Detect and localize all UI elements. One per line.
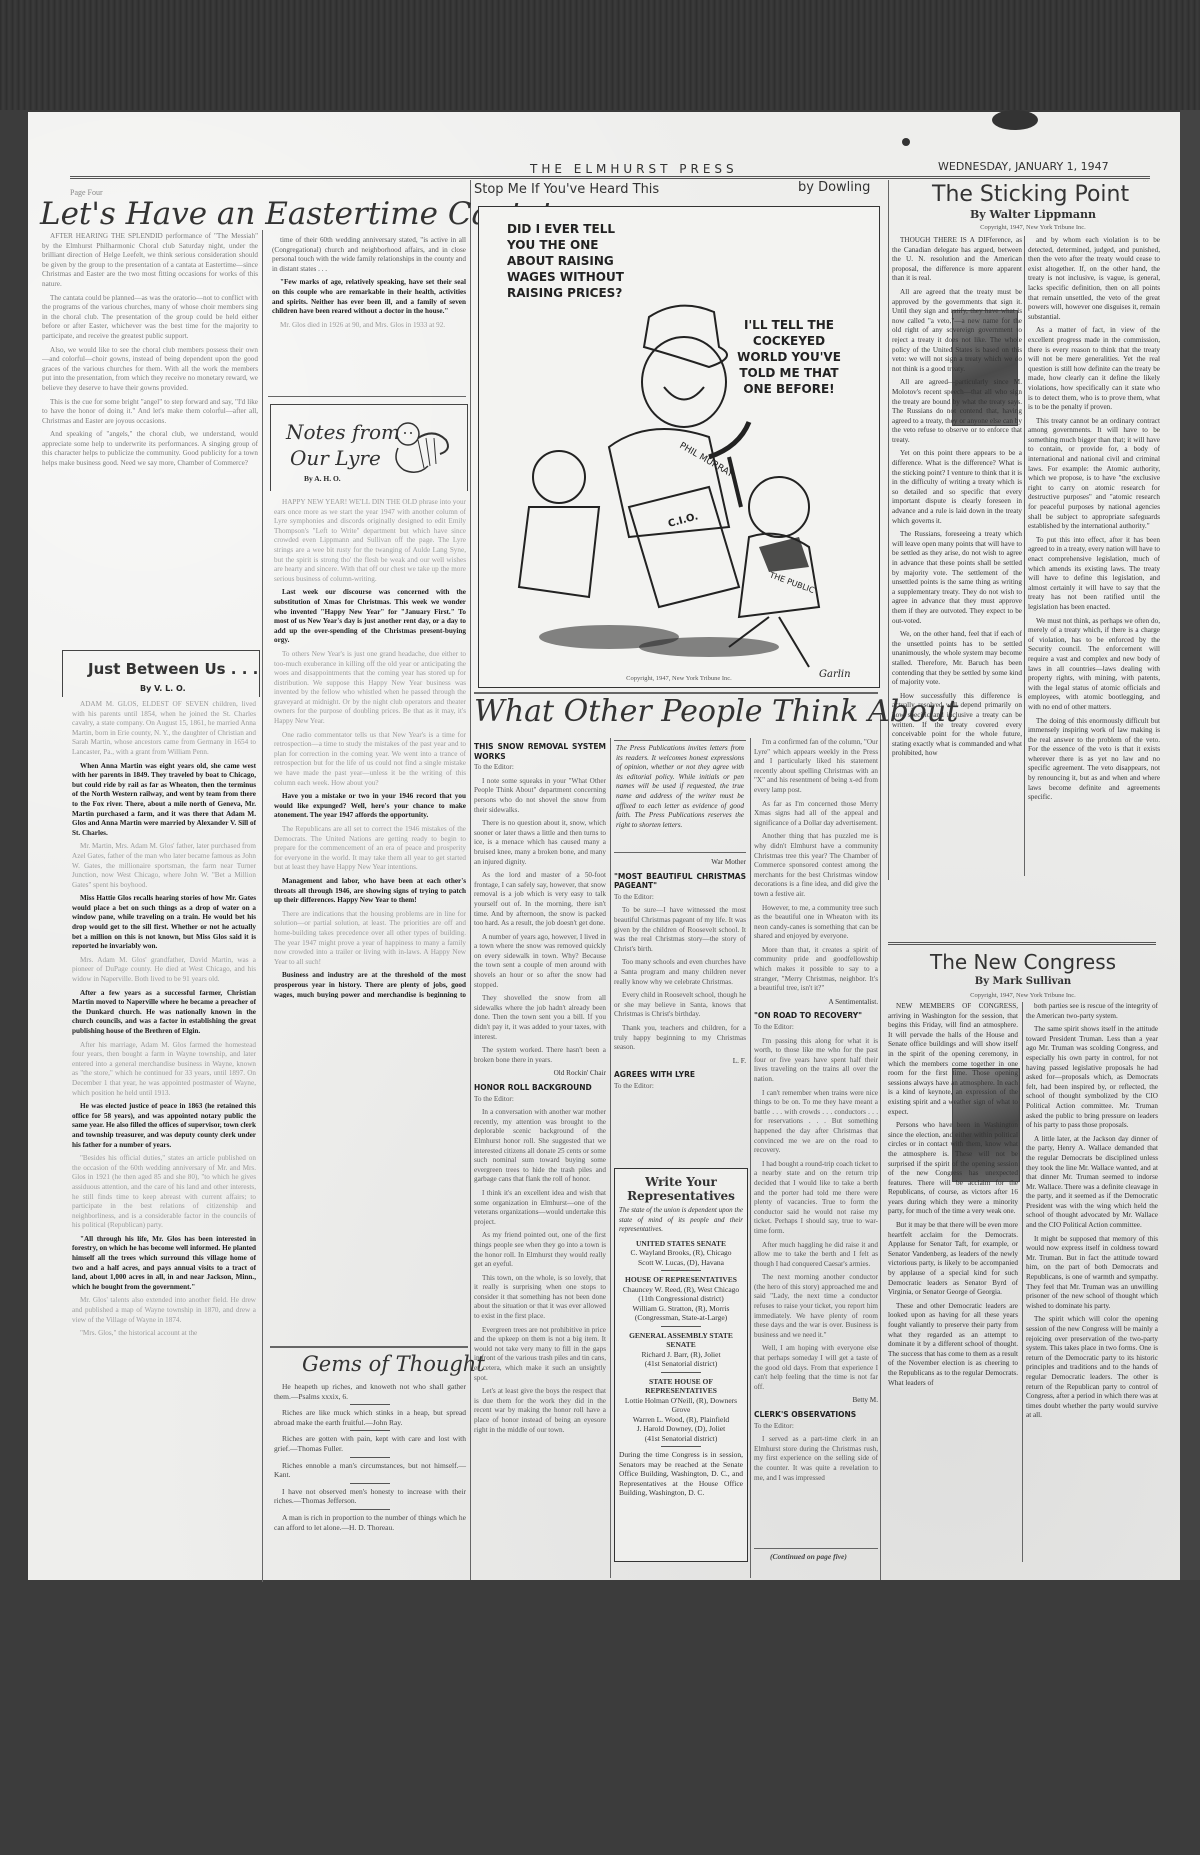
column-paragraph: How successfully this difference is actu… [892, 692, 1022, 759]
cartoon-drawing-icon: PHIL MURRAY C.I.O. THE PUBLIC Garlin [479, 207, 879, 687]
column-paragraph: Mrs. Adam M. Glos' grandfather, David Ma… [72, 956, 256, 985]
letter-salutation: To the Editor: [754, 1023, 878, 1033]
column-paragraph: "Besides his official duties," states an… [72, 1154, 256, 1231]
letter-paragraph: In a conversation with another war mothe… [474, 1108, 606, 1185]
column-paragraph: time of their 60th wedding anniversary s… [272, 236, 466, 274]
letter-paragraph: There is no question about it, snow, whi… [474, 819, 606, 867]
sticking-point-col2: and by whom each violation is to be dete… [1028, 236, 1160, 880]
column-paragraph: As a matter of fact, in view of the exce… [1028, 326, 1160, 412]
column-rule [262, 230, 263, 1582]
letter-signature: War Mother [614, 858, 746, 868]
column-paragraph: The Russians, foreseeing a treaty which … [892, 530, 1022, 626]
column-paragraph: Mr. Martin, Mrs. Adam M. Glos' father, l… [72, 842, 256, 890]
column-paragraph: This treaty cannot be an ordinary contra… [1028, 417, 1160, 532]
lyre-headline-line2: Our Lyre [290, 446, 381, 470]
column-paragraph: Mr. Glos' talents also extended into ano… [72, 1296, 256, 1325]
cartoon-copyright: Copyright, 1947, New York Tribune Inc. [479, 675, 879, 682]
editor-note: The Press Publications invites letters f… [616, 744, 744, 830]
column-paragraph: Have you a mistake or two in your 1946 r… [274, 792, 466, 821]
column-paragraph: HAPPY NEW YEAR! WE'LL DIN THE OLD phrase… [274, 498, 466, 584]
letter-paragraph: Well, I am hoping with everyone else tha… [754, 1344, 878, 1392]
section-divider [754, 1548, 878, 1549]
letter-paragraph: As far as I'm concerned those Merry Xmas… [754, 800, 878, 829]
editorial-paragraph: And speaking of "angels," the choral clu… [42, 430, 258, 468]
letter-title: "ON ROAD TO RECOVERY" [754, 1011, 878, 1021]
letter-paragraph: I note some squeaks in your "What Other … [474, 777, 606, 815]
letter-paragraph: Another thing that has puzzled me is why… [754, 832, 878, 899]
column-rule [880, 715, 881, 1580]
cherub-lyre-icon [388, 418, 458, 476]
letters-column-3: I'm a confirmed fan of the column, "Our … [754, 738, 878, 1538]
letter-paragraph: Every child in Roosevelt school, though … [614, 991, 746, 1020]
gem-quote: I have not observed men's honesty to inc… [274, 1487, 466, 1506]
rep-entry: C. Wayland Brooks, (R), Chicago [615, 1248, 747, 1258]
cartoon-title: Stop Me If You've Heard This [474, 182, 659, 197]
letter-paragraph: I'm a confirmed fan of the column, "Our … [754, 738, 878, 796]
letters-headline: What Other People Think About [474, 694, 958, 729]
rep-entry: (41st Senatorial district) [615, 1434, 747, 1444]
section-divider [270, 1346, 468, 1348]
letter-paragraph: I'm passing this along for what it is wo… [754, 1037, 878, 1085]
column-paragraph: Mr. Glos died in 1926 at 90, and Mrs. Gl… [272, 321, 466, 331]
rep-section-heading: UNITED STATES SENATE [615, 1239, 747, 1249]
letter-salutation: To the Editor: [614, 893, 746, 903]
letter-paragraph: Thank you, teachers and children, for a … [614, 1024, 746, 1053]
letter-paragraph: The system worked. There hasn't been a b… [474, 1046, 606, 1065]
rep-entry: Richard J. Barr, (R), Joliet [615, 1350, 747, 1360]
letter-paragraph: As my friend pointed out, one of the fir… [474, 1231, 606, 1269]
svg-text:THE PUBLIC: THE PUBLIC [767, 570, 816, 595]
representatives-box: Write Your Representatives The state of … [614, 1168, 748, 1562]
letter-paragraph: I served as a part-time clerk in an Elmh… [754, 1435, 878, 1483]
letter-paragraph: Let's at least give the boys the respect… [474, 1387, 606, 1435]
column-paragraph: Miss Hattie Glos recalls hearing stories… [72, 894, 256, 952]
rep-title-line1: Write Your [615, 1175, 747, 1189]
column-paragraph: The doing of this enormously difficult b… [1028, 717, 1160, 803]
gems-headline: Gems of Thought [302, 1352, 485, 1376]
rep-section-heading: HOUSE OF REPRESENTATIVES [615, 1275, 747, 1285]
lyre-headline-line1: Notes from [286, 420, 400, 444]
column-rule [1024, 236, 1025, 876]
ink-stain [902, 138, 910, 146]
section-divider [888, 942, 1156, 945]
rep-title-line2: Representatives [615, 1189, 747, 1203]
sticking-point-byline: By Walter Lippmann [890, 208, 1176, 221]
gems-list: He heapeth up riches, and knoweth not wh… [274, 1382, 466, 1534]
column-paragraph: "Few marks of age, relatively speaking, … [272, 278, 466, 316]
letter-paragraph: I think it's an excellent idea and wish … [474, 1189, 606, 1227]
letter-paragraph: To be sure—I have witnessed the most bea… [614, 906, 746, 954]
scan-right-border [1180, 110, 1200, 1580]
column-rule [888, 180, 889, 880]
gem-quote: A man is rich in proportion to the numbe… [274, 1513, 466, 1532]
rep-entry: (41st Senatorial district) [615, 1359, 747, 1369]
letter-salutation: To the Editor: [474, 763, 606, 773]
letter-paragraph: Too many schools and even churches have … [614, 958, 746, 987]
letter-signature: Old Rockin' Chair [474, 1069, 606, 1079]
column-paragraph: It might be supposed that memory of this… [1026, 1235, 1158, 1312]
section-divider [614, 740, 746, 741]
column-paragraph: After a few years as a successful farmer… [72, 989, 256, 1037]
column-paragraph: Last week our discourse was concerned wi… [274, 588, 466, 646]
column-paragraph: One radio commentator tells us that New … [274, 731, 466, 789]
scan-bottom-border [0, 1580, 1200, 1855]
letter-paragraph: I can't remember when trains were nice t… [754, 1089, 878, 1156]
letter-paragraph: Evergreen trees are not prohibitive in p… [474, 1326, 606, 1384]
rep-entry: Scott W. Lucas, (D), Havana [615, 1258, 747, 1268]
column-paragraph: We must not think, as perhaps we often d… [1028, 617, 1160, 713]
column-paragraph: He was elected justice of peace in 1863 … [72, 1102, 256, 1150]
rep-entry: J. Harold Downey, (D), Joliet [615, 1424, 747, 1434]
column-paragraph: "Mrs. Glos," the historical account at t… [72, 1329, 256, 1339]
column-rule [1022, 1002, 1023, 1562]
letter-signature: A Sentimentalist. [754, 998, 878, 1008]
letter-paragraph: This town, on the whole, is so lovely, t… [474, 1274, 606, 1322]
column-paragraph: THOUGH THERE IS A DIFference, as the Can… [892, 236, 1022, 284]
column-paragraph: The Republicans are all set to correct t… [274, 825, 466, 873]
sticking-point-col1: THOUGH THERE IS A DIFference, as the Can… [892, 236, 1022, 880]
new-congress-headline: The New Congress [930, 950, 1116, 974]
rep-entry: Chauncey W. Reed, (R), West Chicago [615, 1285, 747, 1295]
column-paragraph: All are agreed—particularly since M. Mol… [892, 378, 1022, 445]
editorial-paragraph: AFTER HEARING THE SPLENDID performance o… [42, 232, 258, 290]
new-congress-byline: By Mark Sullivan [888, 976, 1158, 987]
letter-paragraph: The next morning another conductor (the … [754, 1273, 878, 1340]
rep-section-heading: GENERAL ASSEMBLY STATE SENATE [615, 1331, 747, 1350]
letter-paragraph: A number of years ago, however, I lived … [474, 933, 606, 991]
column-rule [750, 738, 751, 1578]
new-congress-copyright: Copyright, 1947, New York Tribune Inc. [888, 992, 1158, 999]
rep-entry: (Congressman, State-at-Large) [615, 1313, 747, 1323]
column-paragraph: The same spirit shows itself in the atti… [1026, 1025, 1158, 1131]
column-paragraph: To others New Year's is just one grand h… [274, 650, 466, 727]
rep-entry: Warren L. Wood, (R), Plainfield [615, 1415, 747, 1425]
gem-quote: Riches ennoble a man's circumstances, bu… [274, 1461, 466, 1480]
letter-title: CLERK'S OBSERVATIONS [754, 1410, 878, 1420]
svg-text:C.I.O.: C.I.O. [667, 511, 700, 530]
editorial-paragraph: The cantata could be planned—as was the … [42, 294, 258, 342]
column-paragraph: After his marriage, Adam M. Glos farmed … [72, 1041, 256, 1099]
section-divider [614, 852, 746, 853]
lyre-byline: By A. H. O. [304, 474, 341, 483]
letter-salutation: To the Editor: [614, 1082, 746, 1092]
column-paragraph: NEW MEMBERS OF CONGRESS, arriving in Was… [888, 1002, 1018, 1117]
rep-entry: (11th Congressional district) [615, 1294, 747, 1304]
letter-paragraph: I had bought a round-trip coach ticket t… [754, 1160, 878, 1237]
letter-paragraph: They shovelled the snow from all sidewal… [474, 994, 606, 1042]
column-paragraph: Management and labor, who have been at e… [274, 877, 466, 906]
column-paragraph: Yet on this point there appears to be a … [892, 449, 1022, 526]
masthead-rule [70, 176, 1150, 179]
letter-paragraph: After much haggling he did raise it and … [754, 1241, 878, 1270]
new-congress-col1: NEW MEMBERS OF CONGRESS, arriving in Was… [888, 1002, 1018, 1578]
gem-quote: Riches are gotten with pain, kept with c… [274, 1434, 466, 1453]
letter-salutation: To the Editor: [474, 1095, 606, 1105]
letter-signature: Betty M. [754, 1396, 878, 1406]
column-paragraph: "All through his life, Mr. Glos has been… [72, 1235, 256, 1293]
letter-paragraph: However, to me, a community tree such as… [754, 904, 878, 942]
editorial-cartoon: Did I ever tell you the one about raisin… [478, 206, 880, 688]
cartoon-credit: by Dowling [798, 180, 870, 195]
column-paragraph: ADAM M. GLOS, ELDEST OF SEVEN children, … [72, 700, 256, 758]
letter-signature: L. F. [614, 1057, 746, 1067]
column-paragraph: Business and industry are at the thresho… [274, 971, 466, 998]
glos-continued-body: time of their 60th wedding anniversary s… [272, 236, 466, 386]
editorial-body: AFTER HEARING THE SPLENDID performance o… [42, 232, 258, 604]
editorial-paragraph: This is the cue for some bright "angel" … [42, 398, 258, 427]
gem-quote: Riches are like muck which stinks in a h… [274, 1408, 466, 1427]
column-rule [610, 738, 611, 1578]
column-paragraph: These and other Democratic leaders are l… [888, 1302, 1018, 1388]
column-paragraph: both parties see is rescue of the integr… [1026, 1002, 1158, 1021]
column-paragraph: A little later, at the Jackson day dinne… [1026, 1135, 1158, 1231]
letter-paragraph: As the lord and master of a 50-foot fron… [474, 871, 606, 929]
rep-entry: Lottie Holman O'Neill, (R), Downers Grov… [615, 1396, 747, 1415]
letter-title: AGREES WITH LYRE [614, 1070, 746, 1080]
column-paragraph: But it may be that there will be even mo… [888, 1221, 1018, 1298]
letter-paragraph: More than that, it creates a spirit of c… [754, 946, 878, 994]
new-congress-col2: both parties see is rescue of the integr… [1026, 1002, 1158, 1578]
column-paragraph: To put this into effect, after it has be… [1028, 536, 1160, 613]
scan-top-border [0, 0, 1200, 110]
issue-date: WEDNESDAY, JANUARY 1, 1947 [938, 160, 1109, 173]
rep-footer: During the time Congress is in session, … [615, 1450, 747, 1498]
rep-section-heading: STATE HOUSE OF REPRESENTATIVES [615, 1377, 747, 1396]
ink-stain [992, 110, 1038, 130]
scan-left-border [0, 110, 28, 1580]
just-between-us-byline: By V. L. O. [140, 684, 186, 693]
letters-column-2: War Mother "MOST BEAUTIFUL CHRISTMAS PAG… [614, 858, 746, 1108]
just-between-us-headline: Just Between Us . . . [88, 660, 258, 678]
letter-title: THIS SNOW REMOVAL SYSTEM WORKS [474, 742, 606, 761]
column-paragraph: All are agreed that the treaty must be a… [892, 288, 1022, 374]
column-paragraph: We, on the other hand, feel that if each… [892, 630, 1022, 688]
column-paragraph: When Anna Martin was eight years old, sh… [72, 762, 256, 839]
sticking-point-headline: The Sticking Point [932, 182, 1129, 207]
letter-salutation: To the Editor: [754, 1422, 878, 1432]
sticking-point-copyright: Copyright, 1947, New York Tribune Inc. [890, 224, 1176, 231]
paper-name: THE ELMHURST PRESS [530, 162, 738, 176]
section-divider [268, 396, 466, 397]
column-paragraph: The spirit which will color the opening … [1026, 1315, 1158, 1421]
rep-entry: William G. Stratton, (R), Morris [615, 1304, 747, 1314]
continued-notice: (Continued on page five) [770, 1552, 847, 1561]
letter-title: "MOST BEAUTIFUL CHRISTMAS PAGEANT" [614, 872, 746, 891]
just-between-us-body: ADAM M. GLOS, ELDEST OF SEVEN children, … [72, 700, 256, 1580]
letter-title: HONOR ROLL BACKGROUND [474, 1083, 606, 1093]
rep-intro: The state of the union is dependent upon… [615, 1206, 747, 1235]
gem-quote: He heapeth up riches, and knoweth not wh… [274, 1382, 466, 1401]
column-paragraph: There are indications that the housing p… [274, 910, 466, 968]
lyre-body: HAPPY NEW YEAR! WE'LL DIN THE OLD phrase… [274, 498, 466, 998]
editorial-paragraph: Also, we would like to see the choral cl… [42, 346, 258, 394]
column-paragraph: Persons who have been in Washington sinc… [888, 1121, 1018, 1217]
column-paragraph: and by whom each violation is to be dete… [1028, 236, 1160, 322]
letters-column-1: THIS SNOW REMOVAL SYSTEM WORKS To the Ed… [474, 738, 606, 1570]
